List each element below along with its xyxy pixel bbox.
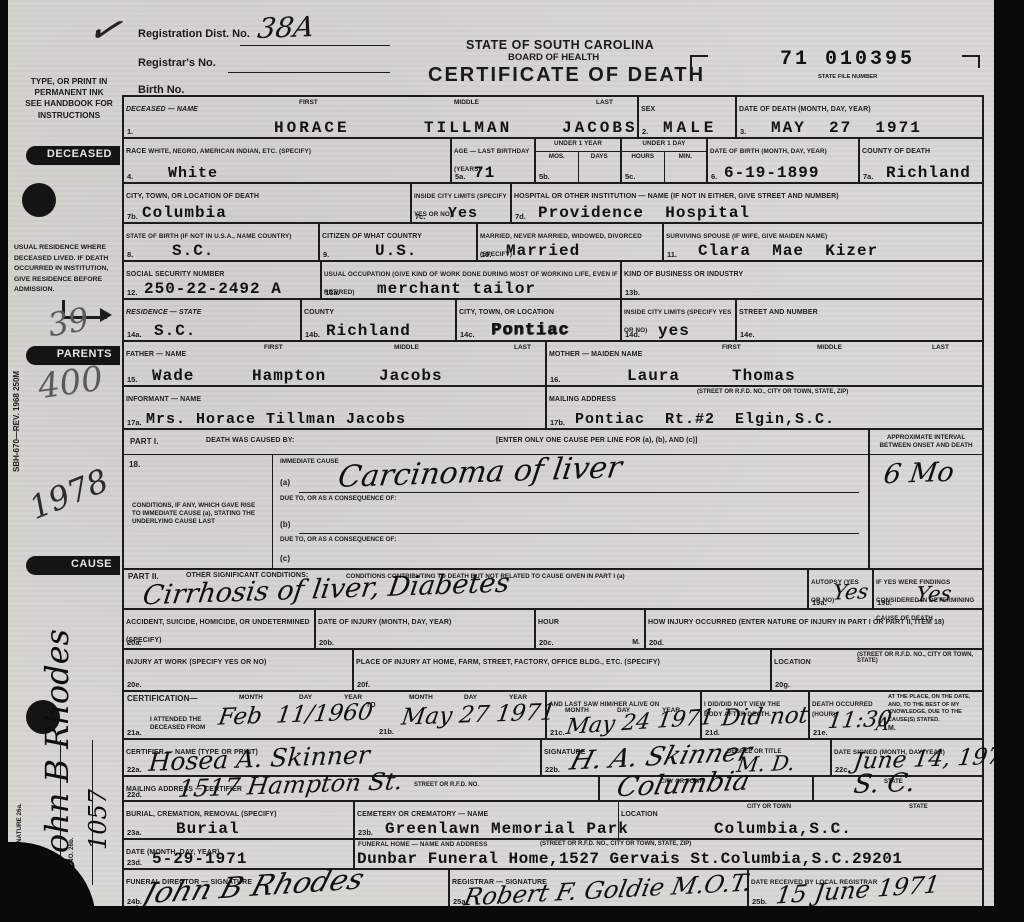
part1-label: PART I. (130, 437, 159, 447)
item-number: 21c. (550, 728, 565, 737)
column-header-first: FIRST (722, 344, 741, 351)
item-number: 5a. (455, 172, 465, 181)
field-hour-of-injury: HOUR 20c. M. (536, 610, 646, 648)
item-number: 14e. (740, 330, 755, 339)
column-header-first: FIRST (264, 344, 283, 351)
column-header-min: MIN. (664, 152, 707, 182)
typed-value: 250-22-2492 A (144, 280, 282, 298)
field-funeral-director-signature: FUNERAL DIRECTOR — SIGNATURE 24b. John B… (124, 870, 450, 907)
field-label: INFORMANT — NAME (126, 396, 201, 403)
item-number: 20b. (319, 638, 334, 647)
item-number: 14b. (305, 330, 320, 339)
field-label: CEMETERY OR CREMATORY — NAME (357, 811, 488, 818)
field-accident-suicide: ACCIDENT, SUICIDE, HOMICIDE, OR UNDETERM… (124, 610, 316, 648)
part2-other-conditions: PART II. OTHER SIGNIFICANT CONDITIONS: C… (124, 570, 982, 610)
field-date-of-death: DATE OF DEATH (MONTH, DAY, YEAR) 3. MAY … (737, 97, 982, 137)
embalmer-license-handwritten: 1057 (84, 789, 112, 850)
typed-value: Clara Mae Kizer (698, 242, 878, 260)
field-injury-at-work: INJURY AT WORK (SPECIFY YES OR NO) 20e. (124, 650, 354, 690)
handwritten-value: Did not (720, 705, 809, 731)
m-label: M. (888, 725, 896, 732)
row-birth-citizen-marital: STATE OF BIRTH (IF NOT IN U.S.A., NAME C… (124, 224, 982, 262)
row-certifier-address: MAILING ADDRESS — CERTIFIER STREET OR R.… (124, 777, 982, 802)
typed-value: Richland (886, 164, 971, 182)
handwritten-value: 1517 Hampton St. (177, 769, 405, 801)
line-b-rule (299, 533, 859, 534)
license-line (92, 740, 93, 885)
item-number: 21a. (127, 728, 142, 737)
field-label: RACE WHITE, NEGRO, AMERICAN INDIAN, ETC.… (126, 148, 311, 155)
attended-label: DECEASED FROM (150, 724, 205, 732)
field-under-1-year: UNDER 1 YEAR MOS. DAYS 5b. (536, 139, 622, 182)
scan-bottom-band (0, 906, 1024, 922)
file-number-bracket-left (690, 55, 708, 68)
item-number: 23a. (127, 828, 142, 837)
item-number: 7c. (415, 212, 425, 221)
field-note: (STREET OR R.F.D. NO., CITY OR TOWN, STA… (540, 841, 691, 847)
field-other-significant-conditions: PART II. OTHER SIGNIFICANT CONDITIONS: C… (124, 570, 809, 608)
field-label: SOCIAL SECURITY NUMBER (126, 271, 224, 278)
item-number: 23d. (127, 858, 142, 867)
item-number: 20f. (357, 680, 370, 689)
field-under-1-day: UNDER 1 DAY HOURS MIN. 5c. (622, 139, 708, 182)
field-inside-city-limits: INSIDE CITY LIMITS (SPECIFY YES OR NO) 7… (412, 184, 512, 222)
registrars-no-label: Registrar's No. (138, 57, 216, 69)
item-number: 20a. (127, 638, 142, 647)
typed-value: Providence Hospital (538, 204, 750, 222)
line-a-label: (a) (280, 478, 290, 488)
caused-by-label: DEATH WAS CAUSED BY: (206, 437, 294, 445)
field-marital-status: MARRIED, NEVER MARRIED, WIDOWED, DIVORCE… (478, 224, 664, 260)
item-number: 17b. (550, 418, 565, 427)
typed-value: Jacobs (379, 367, 443, 385)
row-race-age-dob: RACE WHITE, NEGRO, AMERICAN INDIAN, ETC.… (124, 139, 982, 184)
conditions-note: CONDITIONS, IF ANY, WHICH GAVE RISE TO I… (132, 502, 260, 526)
immediate-cause-label: IMMEDIATE CAUSE (280, 458, 339, 466)
column-header-first: FIRST (299, 99, 318, 106)
column-header-middle: MIDDLE (817, 344, 842, 351)
typed-value: Pontiac Rt.#2 Elgin,S.C. (575, 411, 835, 428)
field-injury-location: LOCATION (STREET OR R.F.D. NO., CITY OR … (772, 650, 982, 690)
typed-value: Married (506, 242, 580, 260)
field-label: DATE OF BIRTH (MONTH, DAY, YEAR) (710, 148, 827, 155)
handwritten-400: 400 (36, 362, 105, 405)
item-number: 13a. (325, 288, 340, 297)
field-mother-name: MOTHER — MAIDEN NAME FIRST MIDDLE LAST 1… (547, 342, 982, 385)
handwritten-signature: Robert F. Goldie M.O.T. (462, 871, 753, 910)
typed-value: HORACE (274, 119, 350, 137)
column-header-last: LAST (932, 344, 949, 351)
item-number: 23b. (358, 828, 373, 837)
typed-value: S.C. (154, 322, 196, 340)
item-number: 8. (127, 250, 133, 259)
item-number: 4. (127, 172, 133, 181)
field-registrar-signature: REGISTRAR — SIGNATURE 25a. Robert F. Gol… (450, 870, 749, 907)
field-note: (STREET OR R.F.D. NO., CITY OR TOWN, STA… (857, 652, 982, 664)
row-deceased-name: DECEASED — NAME FIRST MIDDLE LAST 1. HOR… (124, 97, 982, 139)
field-date-received: DATE RECEIVED BY LOCAL REGISTRAR 25b. 15… (749, 870, 982, 907)
item-number: 19b. (877, 598, 892, 607)
field-label: CITIZEN OF WHAT COUNTRY (322, 233, 422, 240)
column-header-last: LAST (596, 99, 613, 106)
field-label: INJURY AT WORK (SPECIFY YES OR NO) (126, 659, 266, 666)
field-label: ACCIDENT, SUICIDE, HOMICIDE, OR UNDETERM… (126, 619, 310, 644)
column-header-month: MONTH (409, 694, 433, 701)
tab-cause: CAUSE (26, 556, 120, 575)
field-label: UNDER 1 DAY (624, 140, 704, 148)
embalmer-signature-handwritten: John B Rhodes (38, 629, 76, 866)
item-number: 13b. (625, 288, 640, 297)
column-header-day: DAY (299, 694, 312, 701)
typed-value: White (168, 165, 218, 182)
field-label: LOCATION (774, 659, 811, 666)
handwritten-value: Yes (914, 583, 952, 605)
interval-column-rule (868, 430, 870, 570)
attended-label: I ATTENDED THE (150, 716, 201, 724)
field-findings-considered: IF YES WERE FINDINGS CONSIDERED IN DETER… (874, 570, 982, 608)
field-label: CITY, TOWN, OR LOCATION (459, 309, 554, 316)
item-number: 16. (550, 375, 560, 384)
street-note: STREET OR R.F.D. NO. (414, 782, 479, 788)
line-b-label: (b) (280, 520, 291, 530)
field-label: HOSPITAL OR OTHER INSTITUTION — NAME (IF… (514, 193, 839, 200)
typed-value: 71 (474, 164, 495, 182)
field-cemetery-name: CEMETERY OR CREMATORY — NAME 23b. Greenl… (355, 802, 619, 838)
typed-value: JACOBS (562, 119, 638, 137)
field-citizen-of: CITIZEN OF WHAT COUNTRY 9. U.S. (320, 224, 478, 260)
item-number: 19a. (812, 598, 827, 607)
tab-deceased: DECEASED (26, 146, 120, 165)
cause-column-rule (272, 454, 273, 570)
item-number: 12. (127, 288, 137, 297)
field-label: HOUR (538, 619, 559, 626)
item-number: 20g. (775, 680, 790, 689)
state-heading: STATE OF SOUTH CAROLINA (466, 38, 654, 52)
field-label: KIND OF BUSINESS OR INDUSTRY (624, 271, 743, 278)
item-number: 20c. (539, 638, 554, 647)
field-funeral-home: FUNERAL HOME — NAME AND ADDRESS (STREET … (355, 840, 982, 868)
typed-value: Dunbar Funeral Home,1527 Gervais St.Colu… (357, 850, 902, 868)
field-label: CITY, TOWN, OR LOCATION OF DEATH (126, 193, 259, 200)
hole-punch (22, 183, 56, 217)
field-label: DECEASED — NAME (126, 106, 198, 113)
handwritten-value: Columbia (614, 768, 752, 802)
registration-dist-value: 38A (256, 13, 316, 43)
state-file-number-label: STATE FILE NUMBER (818, 74, 877, 80)
field-label: FATHER — NAME (126, 351, 186, 358)
part1-grid: PART I. DEATH WAS CAUSED BY: [ENTER ONLY… (124, 430, 982, 568)
item-number: 21d. (705, 728, 720, 737)
field-label: LOCATION (621, 811, 658, 818)
scan-left-edge (0, 0, 8, 922)
field-label: STATE OF BIRTH (IF NOT IN U.S.A., NAME C… (126, 233, 292, 240)
field-label: BURIAL, CREMATION, REMOVAL (SPECIFY) (126, 811, 277, 818)
field-sex: SEX 2. MALE (639, 97, 737, 137)
item-number: 7d. (515, 212, 526, 221)
row-residence: RESIDENCE — STATE 14a. S.C. COUNTY 14b. … (124, 300, 982, 342)
field-certifier-mailing-address: MAILING ADDRESS — CERTIFIER STREET OR R.… (124, 777, 600, 800)
field-label: PLACE OF INJURY AT HOME, FARM, STREET, F… (356, 659, 660, 666)
column-header-last: LAST (514, 344, 531, 351)
item-number: 3. (740, 127, 746, 136)
handwritten-value: S. C. (852, 770, 917, 798)
field-label: SEX (641, 106, 655, 113)
row-signatures: FUNERAL DIRECTOR — SIGNATURE 24b. John B… (124, 870, 982, 907)
typed-value: Yes (448, 205, 478, 222)
residence-arrow-head (100, 308, 112, 322)
field-hospital: HOSPITAL OR OTHER INSTITUTION — NAME (IF… (512, 184, 982, 222)
field-surviving-spouse: SURVIVING SPOUSE (IF WIFE, GIVE MAIDEN N… (664, 224, 982, 260)
interval-label: APPROXIMATE INTERVAL BETWEEN ONSET AND D… (874, 434, 978, 450)
certification-label: CERTIFICATION— (127, 694, 198, 704)
field-age: AGE — LAST BIRTHDAY (YEARS) 5a. 71 (452, 139, 536, 182)
typed-value: Laura (627, 367, 680, 385)
column-header-days: DAYS (578, 152, 621, 182)
field-how-injury-occurred: HOW INJURY OCCURRED (ENTER NATURE OF INJ… (646, 610, 982, 648)
field-deceased-name: DECEASED — NAME FIRST MIDDLE LAST 1. HOR… (124, 97, 639, 137)
field-cemetery-location: LOCATION CITY OR TOWN STATE Columbia,S.C… (619, 802, 982, 838)
typed-value: 6-19-1899 (724, 164, 819, 182)
field-last-saw-alive: AND LAST SAW HIM/HER ALIVE ON MONTH DAY … (547, 692, 702, 738)
item-number: 11. (667, 250, 677, 259)
typed-value: Mrs. Horace Tillman Jacobs (146, 411, 406, 428)
item-number: 21b. (379, 727, 394, 736)
typed-value: Thomas (732, 367, 796, 385)
form-number-vertical: SBH-670—REV. 1968 250M (12, 371, 21, 472)
item-number: 6. (711, 172, 717, 181)
to-label: TO (366, 702, 376, 709)
city-or-town-label: CITY OR TOWN (747, 804, 791, 810)
state-file-number: 71 010395 (780, 48, 915, 71)
column-header-middle: MIDDLE (394, 344, 419, 351)
field-date-of-injury: DATE OF INJURY (MONTH, DAY, YEAR) 20b. (316, 610, 536, 648)
field-ssn: SOCIAL SECURITY NUMBER 12. 250-22-2492 A (124, 262, 322, 298)
field-burial-type: BURIAL, CREMATION, REMOVAL (SPECIFY) 23a… (124, 802, 355, 838)
at-the-place-note: AT THE PLACE, ON THE DATE, AND, TO THE B… (888, 694, 980, 724)
item-number: 7a. (863, 172, 873, 181)
typed-value: Greenlawn Memorial Park (385, 820, 629, 838)
handwritten-value: May 27 1971 (400, 701, 557, 729)
field-label: DATE OF INJURY (MONTH, DAY, YEAR) (318, 619, 451, 626)
field-state-of-birth: STATE OF BIRTH (IF NOT IN U.S.A., NAME C… (124, 224, 320, 260)
field-residence-city-limits: INSIDE CITY LIMITS (SPECIFY YES OR NO) 1… (622, 300, 737, 340)
certificate-title: CERTIFICATE OF DEATH (428, 64, 705, 87)
typed-value: Hampton (252, 367, 326, 385)
field-date-of-birth: DATE OF BIRTH (MONTH, DAY, YEAR) 6. 6-19… (708, 139, 860, 182)
item-number: 22c. (835, 765, 850, 774)
row-injury-1: ACCIDENT, SUICIDE, HOMICIDE, OR UNDETERM… (124, 610, 982, 650)
field-father-name: FATHER — NAME FIRST MIDDLE LAST 15. Wade… (124, 342, 547, 385)
field-industry: KIND OF BUSINESS OR INDUSTRY 13b. (622, 262, 982, 298)
label-note: WHITE, NEGRO, AMERICAN INDIAN, ETC. (SPE… (148, 148, 311, 155)
field-label: COUNTY OF DEATH (862, 148, 930, 155)
field-county-of-death: COUNTY OF DEATH 7a. Richland (860, 139, 982, 182)
registrars-no-line (228, 72, 390, 73)
field-race: RACE WHITE, NEGRO, AMERICAN INDIAN, ETC.… (124, 139, 452, 182)
field-label: HOW INJURY OCCURRED (ENTER NATURE OF INJ… (648, 619, 944, 626)
instruction-line: INSTRUCTIONS (16, 110, 122, 121)
item-number: 17a. (127, 418, 142, 427)
row-certification: CERTIFICATION— MONTH DAY YEAR I ATTENDED… (124, 692, 982, 740)
usual-residence-note: USUAL RESIDENCE WHERE DECEASED LIVED. IF… (14, 243, 116, 296)
item-number: 20d. (649, 638, 664, 647)
state-label: STATE (909, 804, 928, 810)
item-number: 15. (127, 375, 137, 384)
field-place-of-injury: PLACE OF INJURY AT HOME, FARM, STREET, F… (354, 650, 772, 690)
field-label: MAILING ADDRESS (549, 396, 616, 403)
handwritten-signature: John B Rhodes (139, 865, 367, 909)
part1-cause-of-death: PART I. DEATH WAS CAUSED BY: [ENTER ONLY… (124, 430, 982, 570)
item-number: 7b. (127, 212, 138, 221)
typed-value: yes (658, 322, 690, 340)
row-burial: BURIAL, CREMATION, REMOVAL (SPECIFY) 23a… (124, 802, 982, 840)
item-number: 26b. (68, 837, 75, 850)
field-city-of-death: CITY, TOWN, OR LOCATION OF DEATH 7b. Col… (124, 184, 412, 222)
field-certifier-city: CITY OR TOWN Columbia (600, 777, 814, 800)
field-autopsy: AUTOPSY (YES OR NO) 19a. Yes (809, 570, 874, 608)
certificate-form: DECEASED — NAME FIRST MIDDLE LAST 1. HOR… (122, 95, 984, 909)
item-number: 10. (481, 250, 491, 259)
item-number: 22a. (127, 765, 142, 774)
field-label: MOTHER — MAIDEN NAME (549, 351, 642, 358)
item-number: 26a. (16, 803, 23, 815)
field-residence-city: CITY, TOWN, OR LOCATION 14c. Pontiac (457, 300, 622, 340)
enter-only-note: [ENTER ONLY ONE CAUSE PER LINE FOR (a), … (496, 437, 697, 445)
m-label: M. (632, 639, 640, 646)
handwritten-39: 39 (46, 303, 92, 342)
row-injury-2: INJURY AT WORK (SPECIFY YES OR NO) 20e. … (124, 650, 982, 692)
column-header-month: MONTH (239, 694, 263, 701)
typed-value: MALE (663, 119, 717, 137)
typed-value: Columbia (142, 204, 227, 222)
row-ssn-occupation: SOCIAL SECURITY NUMBER 12. 250-22-2492 A… (124, 262, 982, 300)
field-occupation: USUAL OCCUPATION (GIVE KIND OF WORK DONE… (322, 262, 622, 298)
field-label: FUNERAL HOME — NAME AND ADDRESS (358, 841, 488, 849)
handwritten-value: Yes (831, 581, 869, 603)
item-number: 14a. (127, 330, 142, 339)
field-informant: INFORMANT — NAME 17a. Mrs. Horace Tillma… (124, 387, 547, 428)
item-number: 22d. (127, 790, 142, 799)
label-text: RACE (126, 148, 146, 155)
permanent-ink-instructions: TYPE, OR PRINT IN PERMANENT INK SEE HAND… (16, 76, 122, 121)
typed-value: Burial (176, 820, 240, 838)
field-residence-state: RESIDENCE — STATE 14a. S.C. (124, 300, 302, 340)
scan-right-band (994, 0, 1024, 922)
typed-value: MAY 27 1971 (771, 119, 922, 137)
item-number: 25b. (752, 897, 767, 906)
field-residence-county: COUNTY 14b. Richland (302, 300, 457, 340)
column-header-day: DAY (464, 694, 477, 701)
row-parents: FATHER — NAME FIRST MIDDLE LAST 15. Wade… (124, 342, 982, 387)
field-attended-dates: CERTIFICATION— MONTH DAY YEAR I ATTENDED… (124, 692, 547, 738)
file-number-bracket-right (962, 55, 980, 68)
field-label: RESIDENCE — STATE (126, 309, 201, 316)
item-number: 1. (127, 127, 133, 136)
item-number: 14d. (625, 330, 640, 339)
field-death-hour: DEATH OCCURRED (HOUR) AT THE PLACE, ON T… (810, 692, 982, 738)
item-number: 2. (642, 127, 648, 136)
field-label: COUNTY (304, 309, 334, 316)
item-number: 20e. (127, 680, 142, 689)
item-number: 5b. (539, 172, 550, 181)
field-label: UNDER 1 YEAR (538, 140, 618, 148)
typed-value: TILLMAN (424, 119, 512, 137)
typed-value: U.S. (375, 242, 417, 260)
due-to-label: DUE TO, OR AS A CONSEQUENCE OF: (280, 536, 396, 544)
registration-dist-line (240, 45, 390, 46)
typed-value: 5-29-1971 (152, 850, 247, 868)
column-header-middle: MIDDLE (454, 99, 479, 106)
row-place-of-death: CITY, TOWN, OR LOCATION OF DEATH 7b. Col… (124, 184, 982, 224)
row-informant: INFORMANT — NAME 17a. Mrs. Horace Tillma… (124, 387, 982, 430)
item-number: 22b. (545, 765, 560, 774)
handwritten-interval-a: 6 Mo (882, 459, 956, 488)
handwritten-value: Feb 11/1960 (217, 701, 374, 729)
line-c-label: (c) (280, 554, 290, 564)
row-funeral-home: DATE (MONTH, DAY, YEAR) 23d. 5-29-1971 F… (124, 840, 982, 870)
field-certifier-state: STATE S. C. (814, 777, 982, 800)
typed-value: Columbia,S.C. (714, 820, 852, 838)
typed-value: Richland (326, 322, 411, 340)
field-label: DATE OF DEATH (MONTH, DAY, YEAR) (739, 106, 871, 113)
field-informant-mailing-address: MAILING ADDRESS (STREET OR R.F.D. NO., C… (547, 387, 982, 428)
typed-value: merchant tailor (377, 280, 536, 298)
field-label: STREET AND NUMBER (739, 309, 818, 316)
typed-value: Wade (152, 367, 194, 385)
field-note: (STREET OR R.F.D. NO., CITY OR TOWN, STA… (697, 389, 848, 395)
instruction-line: SEE HANDBOOK FOR (16, 98, 122, 109)
instruction-line: TYPE, OR PRINT IN (16, 76, 122, 87)
due-to-label: DUE TO, OR AS A CONSEQUENCE OF: (280, 495, 396, 503)
board-heading: BOARD OF HEALTH (508, 52, 599, 63)
item-number: 5c. (625, 172, 635, 181)
scanned-death-certificate: ✓ Registration Dist. No. 38A Registrar's… (0, 0, 1024, 922)
item-number: 18. (129, 460, 140, 470)
item-number: 9. (323, 250, 329, 259)
handwritten-value: 15 June 1971 (774, 872, 941, 907)
field-viewed-body: I DID/DID NOT VIEW THE BODY AFTER DEATH.… (702, 692, 810, 738)
registration-dist-label: Registration Dist. No. (138, 28, 250, 40)
field-residence-street: STREET AND NUMBER 14e. (737, 300, 982, 340)
handwritten-cause-a: Carcinoma of liver (336, 453, 624, 493)
typed-value: S.C. (172, 242, 214, 260)
field-label: SURVIVING SPOUSE (IF WIFE, GIVE MAIDEN N… (666, 233, 827, 240)
typed-value-stamped: Pontiac (491, 321, 569, 340)
instruction-line: PERMANENT INK (16, 87, 122, 98)
item-number: 14c. (460, 330, 475, 339)
